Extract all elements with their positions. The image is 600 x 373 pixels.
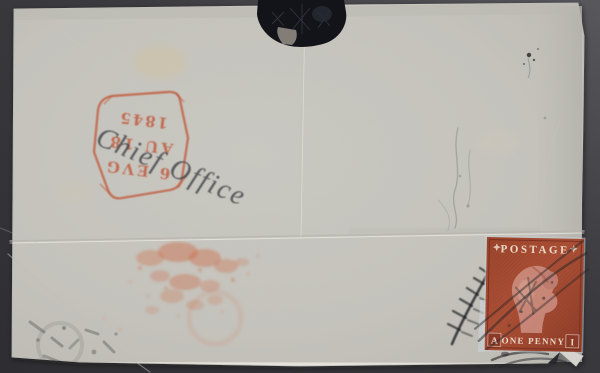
seal-highlight [312,6,332,22]
stamp-corner-letter-right: I [570,338,574,348]
stamp-value-label: ONE PENNY [501,335,565,346]
cover-photo-scene: 6 EVG AU 18 1845 Chief Office [0,0,600,373]
cover-photo: 6 EVG AU 18 1845 Chief Office [0,0,600,373]
stamp-postage-label: POSTAGE [500,243,570,256]
penny-red-stamp: POSTAGE A I ONE PENNY [475,235,589,353]
